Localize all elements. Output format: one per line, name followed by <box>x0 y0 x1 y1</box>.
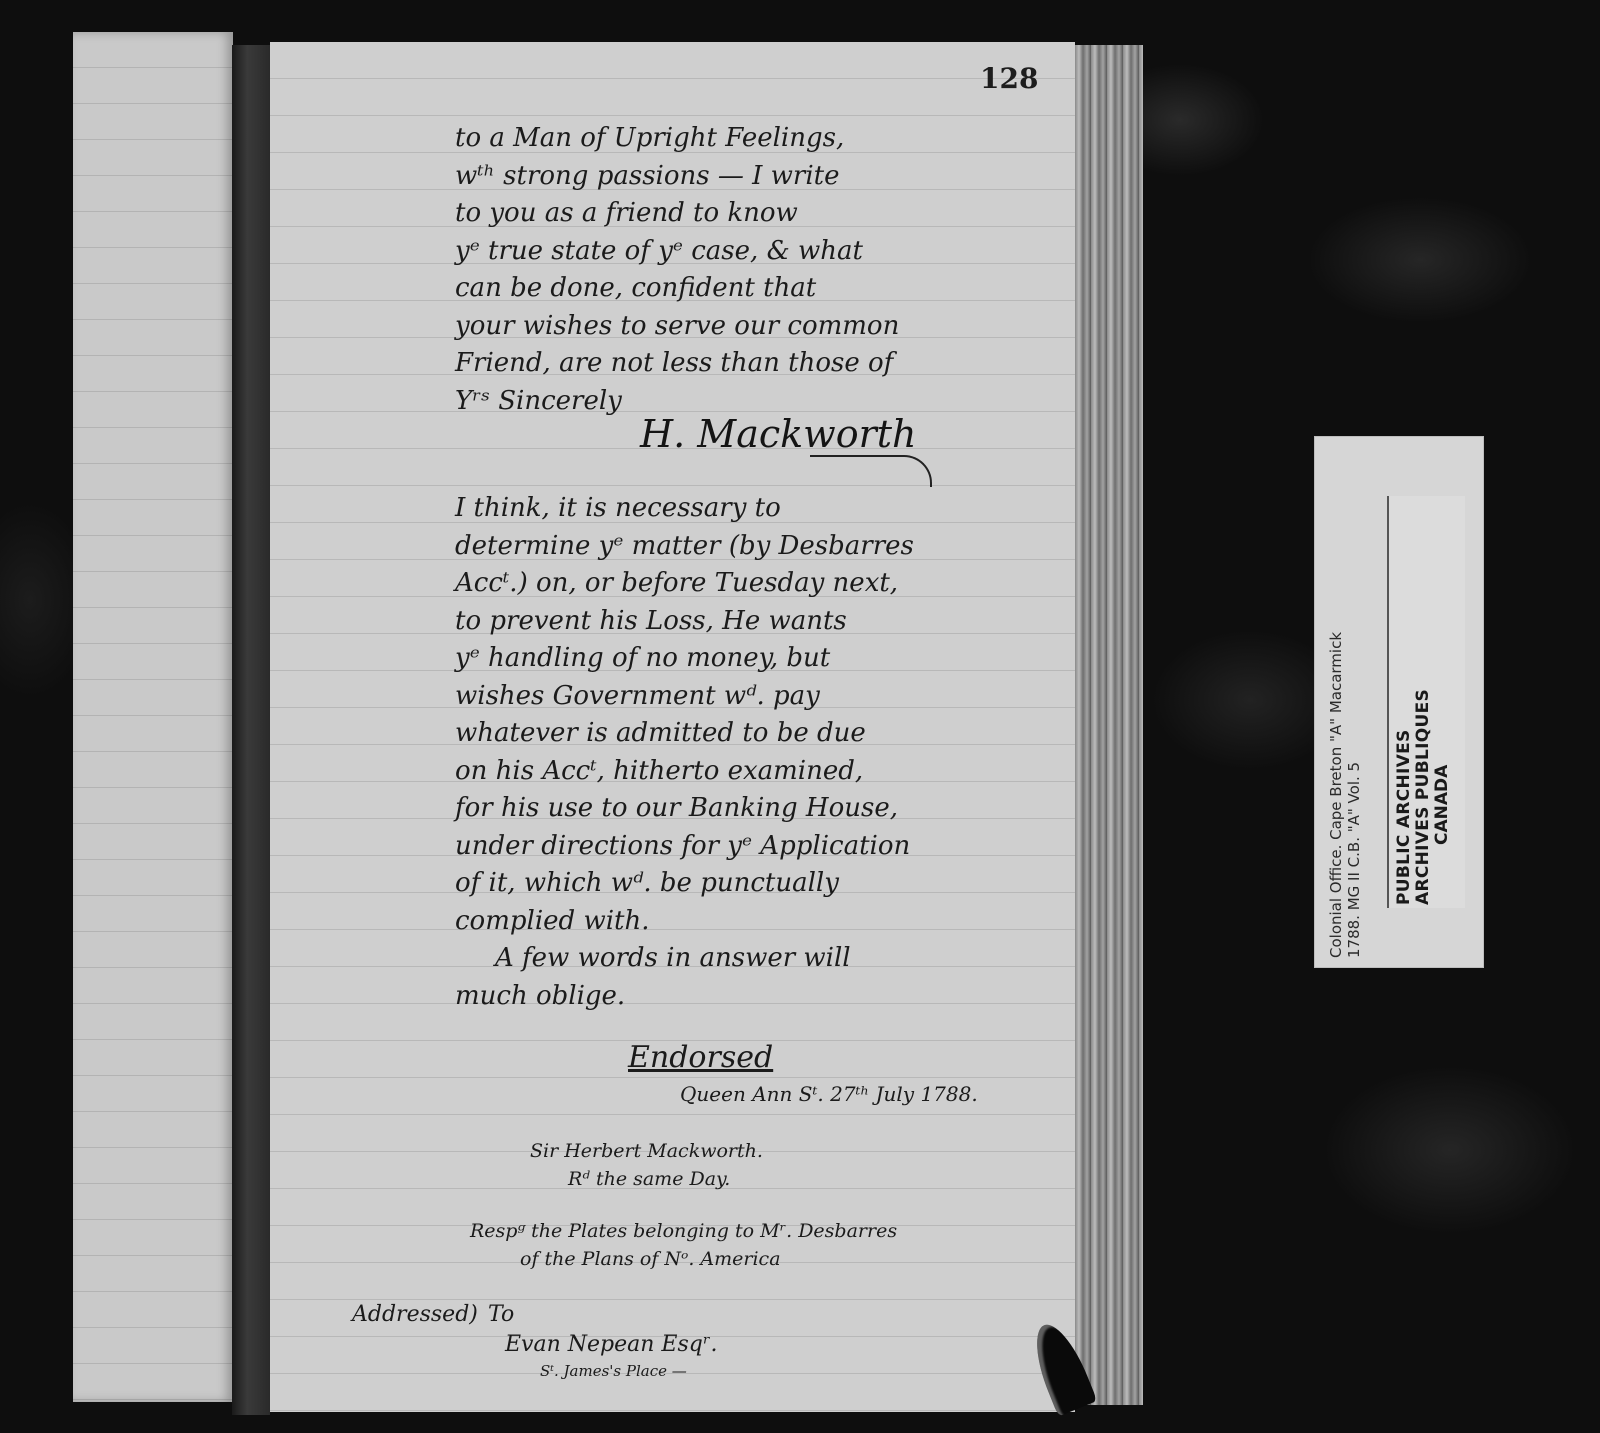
archive-institution-fr: ARCHIVES PUBLIQUES <box>1413 689 1433 905</box>
text-line: your wishes to serve our common <box>455 308 1055 346</box>
addressee-name: Evan Nepean Esqʳ. <box>505 1332 717 1357</box>
text-line: to you as a friend to know <box>455 195 1055 233</box>
archive-reference-line-1: Colonial Office. Cape Breton "A" Macarmi… <box>1327 632 1345 958</box>
text-line: on his Accᵗ, hitherto examined, <box>455 753 1055 791</box>
text-line: of it, which wᵈ. be punctually <box>455 865 1055 903</box>
endorsement-subject-line-1: Respᵍ the Plates belonging to Mʳ. Desbar… <box>470 1220 897 1242</box>
text-line: wᵗʰ strong passions — I write <box>455 158 1055 196</box>
text-line: determine yᵉ matter (by Desbarres <box>455 528 1055 566</box>
text-line: can be done, confident that <box>455 270 1055 308</box>
text-line: I think, it is necessary to <box>455 490 1055 528</box>
endorsement-date: Queen Ann Sᵗ. 27ᵗʰ July 1788. <box>680 1082 978 1106</box>
text-line: yᵉ true state of yᵉ case, & what <box>455 233 1055 271</box>
signature: H. Mackworth <box>640 412 916 456</box>
text-line: Accᵗ.) on, or before Tuesday next, <box>455 565 1055 603</box>
text-line: for his use to our Banking House, <box>455 790 1055 828</box>
letter-paragraph-1: to a Man of Upright Feelings, wᵗʰ strong… <box>455 120 1055 420</box>
text-line: to a Man of Upright Feelings, <box>455 120 1055 158</box>
addressee-place: Sᵗ. James's Place — <box>540 1362 687 1380</box>
endorsement-subject-line-2: of the Plans of Nᵒ. America <box>520 1248 781 1270</box>
endorsed-heading: Endorsed <box>628 1040 773 1075</box>
text-line: yᵉ handling of no money, but <box>455 640 1055 678</box>
address-to: To <box>488 1302 514 1327</box>
addressed-label: Addressed) <box>352 1302 478 1327</box>
archive-institution-en: PUBLIC ARCHIVES <box>1394 729 1414 905</box>
text-line: to prevent his Loss, He wants <box>455 603 1055 641</box>
endorsement-name: Sir Herbert Mackworth. <box>530 1140 763 1162</box>
text-line: complied with. <box>455 903 1055 941</box>
endorsement-received: Rᵈ the same Day. <box>568 1168 730 1190</box>
text-line: much oblige. <box>455 978 1055 1016</box>
text-line: wishes Government wᵈ. pay <box>455 678 1055 716</box>
text-line: under directions for yᵉ Application <box>455 828 1055 866</box>
left-blank-page <box>73 32 233 1402</box>
signature-flourish <box>810 455 932 487</box>
text-line: whatever is admitted to be due <box>455 715 1055 753</box>
archive-country: CANADA <box>1432 765 1452 845</box>
page-number: 128 <box>980 62 1038 95</box>
text-line: Friend, are not less than those of <box>455 345 1055 383</box>
book-gutter <box>232 45 270 1415</box>
page-edges <box>1075 45 1143 1405</box>
text-line: A few words in answer will <box>455 940 1055 978</box>
letter-paragraph-2: I think, it is necessary to determine yᵉ… <box>455 490 1055 1015</box>
archive-reference-line-2: 1788. MG II C.B. "A" Vol. 5 <box>1345 762 1363 958</box>
